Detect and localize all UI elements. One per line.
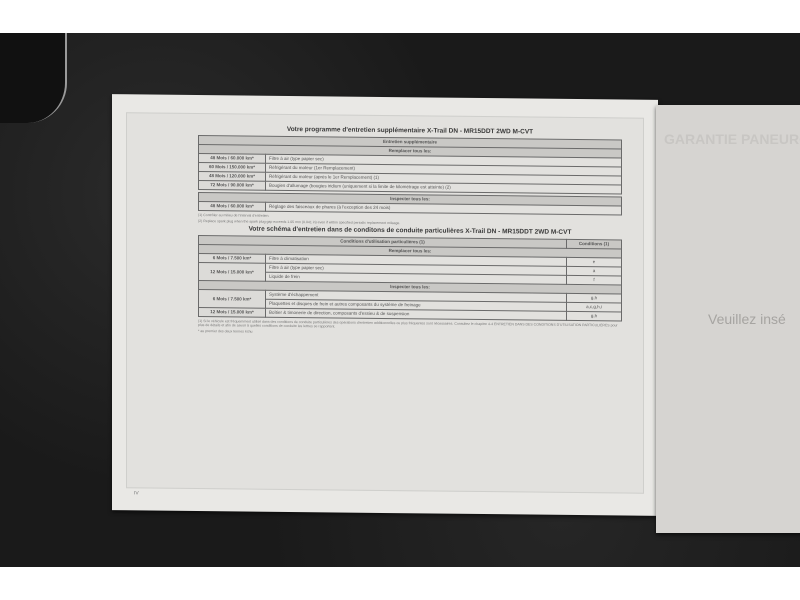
supplementary-maintenance-table: Entretien supplémentaire Remplacer tous … — [198, 135, 622, 194]
right-page-title: GARANTIE PANEUROPE — [664, 131, 800, 147]
photo-background: Votre programme d'entretien supplémentai… — [0, 33, 800, 567]
maintenance-document: Votre programme d'entretien supplémentai… — [198, 125, 622, 339]
right-page-subtitle: Veuillez insé — [708, 311, 786, 327]
computer-mouse — [0, 33, 67, 123]
booklet-left-page: Votre programme d'entretien supplémentai… — [112, 94, 658, 516]
page-number: IV — [134, 490, 139, 496]
booklet-right-page: GARANTIE PANEUROPE Veuillez insé — [656, 105, 800, 533]
special-conditions-table: Conditions d'utilisation particulières (… — [198, 235, 622, 321]
inspect-table: Inspecter tous les: 48 Mois / 60.000 km*… — [198, 192, 622, 215]
